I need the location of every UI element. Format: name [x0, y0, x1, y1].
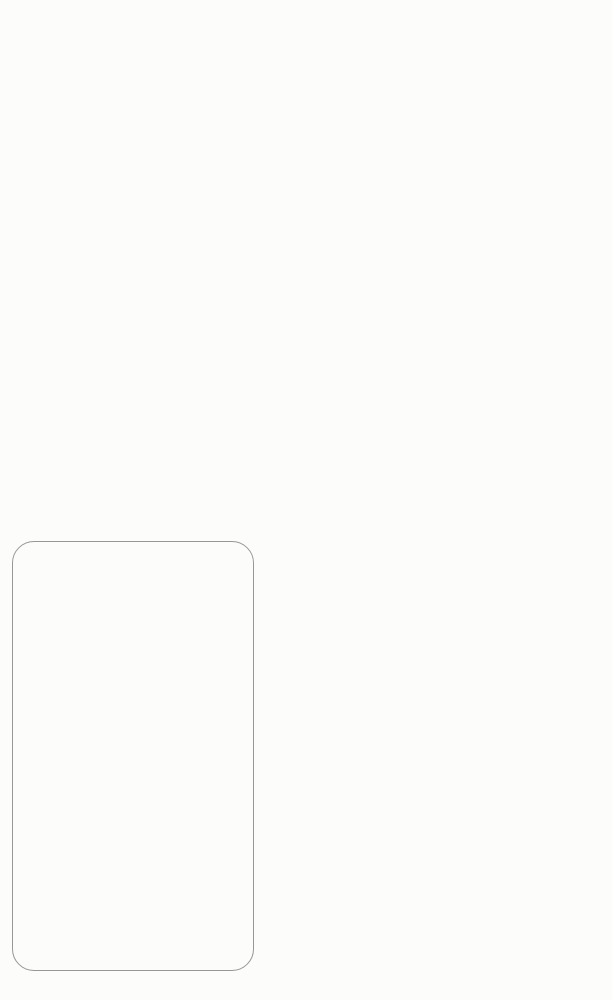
toc-notices — [488, 498, 606, 968]
toc-main — [10, 6, 606, 468]
magazine-toc-page: { "toc": { "sections": [ {"heading":"巻頭言… — [0, 0, 612, 1000]
cover-photo-box — [12, 541, 254, 971]
cover-photo-title — [25, 554, 241, 569]
